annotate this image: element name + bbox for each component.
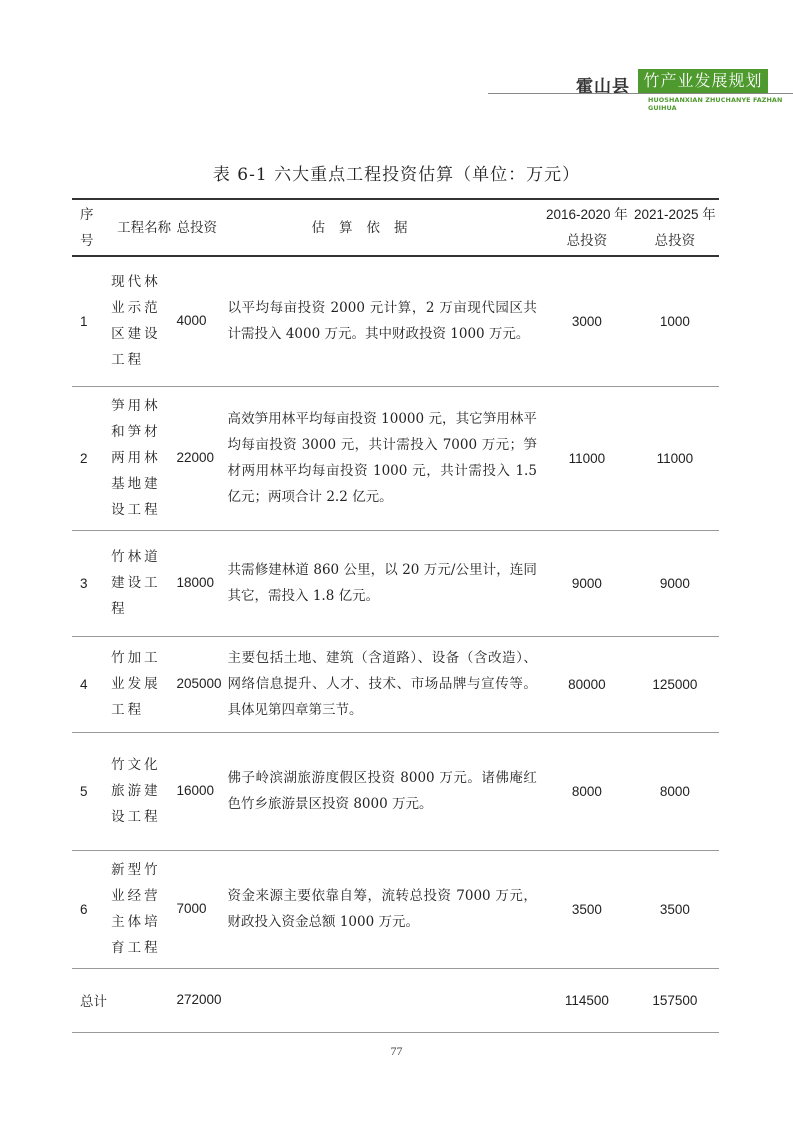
col-header-no: 序 号 — [72, 199, 111, 256]
total-2021-2025: 157500 — [631, 968, 719, 1032]
table-total-row: 总计 272000 114500 157500 — [72, 968, 719, 1032]
table-row: 5 竹文化旅游建设工程 16000 佛子岭滨湖旅游度假区投资 8000 万元。诸… — [72, 732, 719, 850]
table-row: 2 笋用林和笋材两用林基地建设工程 22000 高效笋用林平均每亩投资 1000… — [72, 386, 719, 530]
total-2016-2020: 114500 — [543, 968, 631, 1032]
total-label: 总计 — [72, 968, 176, 1032]
table-row: 6 新型竹业经营主体培育工程 7000 资金来源主要依靠自筹，流转总投资 700… — [72, 850, 719, 968]
col-header-name: 工程名称 — [111, 199, 176, 256]
col-header-total: 总投资 — [176, 199, 221, 256]
table-row: 1 现代林业示范区建设工程 4000 以平均每亩投资 2000 元计算，2 万亩… — [72, 256, 719, 386]
header-pinyin: HUOSHANXIAN ZHUCHANYE FAZHAN GUIHUA — [648, 96, 793, 112]
table-title: 表 6-1 六大重点工程投资估算（单位：万元） — [0, 160, 793, 185]
table-row: 4 竹加工业发展工程 205000 主要包括土地、建筑（含道路）、设备（含改造）… — [72, 636, 719, 732]
table-row: 3 竹林道建设工程 18000 共需修建林道 860 公里，以 20 万元/公里… — [72, 530, 719, 636]
col-header-2016-2020: 2016-2020 年 总投资 — [543, 199, 631, 256]
header-rule — [488, 93, 793, 94]
col-header-2021-2025: 2021-2025 年 总投资 — [631, 199, 719, 256]
running-header: 霍山县 竹产业发展规划 HUOSHANXIAN ZHUCHANYE FAZHAN… — [488, 68, 793, 108]
total-value: 272000 — [176, 968, 221, 1032]
header-plan-title: 竹产业发展规划 — [638, 69, 768, 93]
page-number: 77 — [0, 1044, 793, 1059]
table-header-row: 序 号 工程名称 总投资 估算依据 2016-2020 年 总投资 2021-2… — [72, 199, 719, 256]
investment-table: 序 号 工程名称 总投资 估算依据 2016-2020 年 总投资 2021-2… — [72, 198, 719, 1033]
col-header-basis: 估算依据 — [222, 199, 543, 256]
